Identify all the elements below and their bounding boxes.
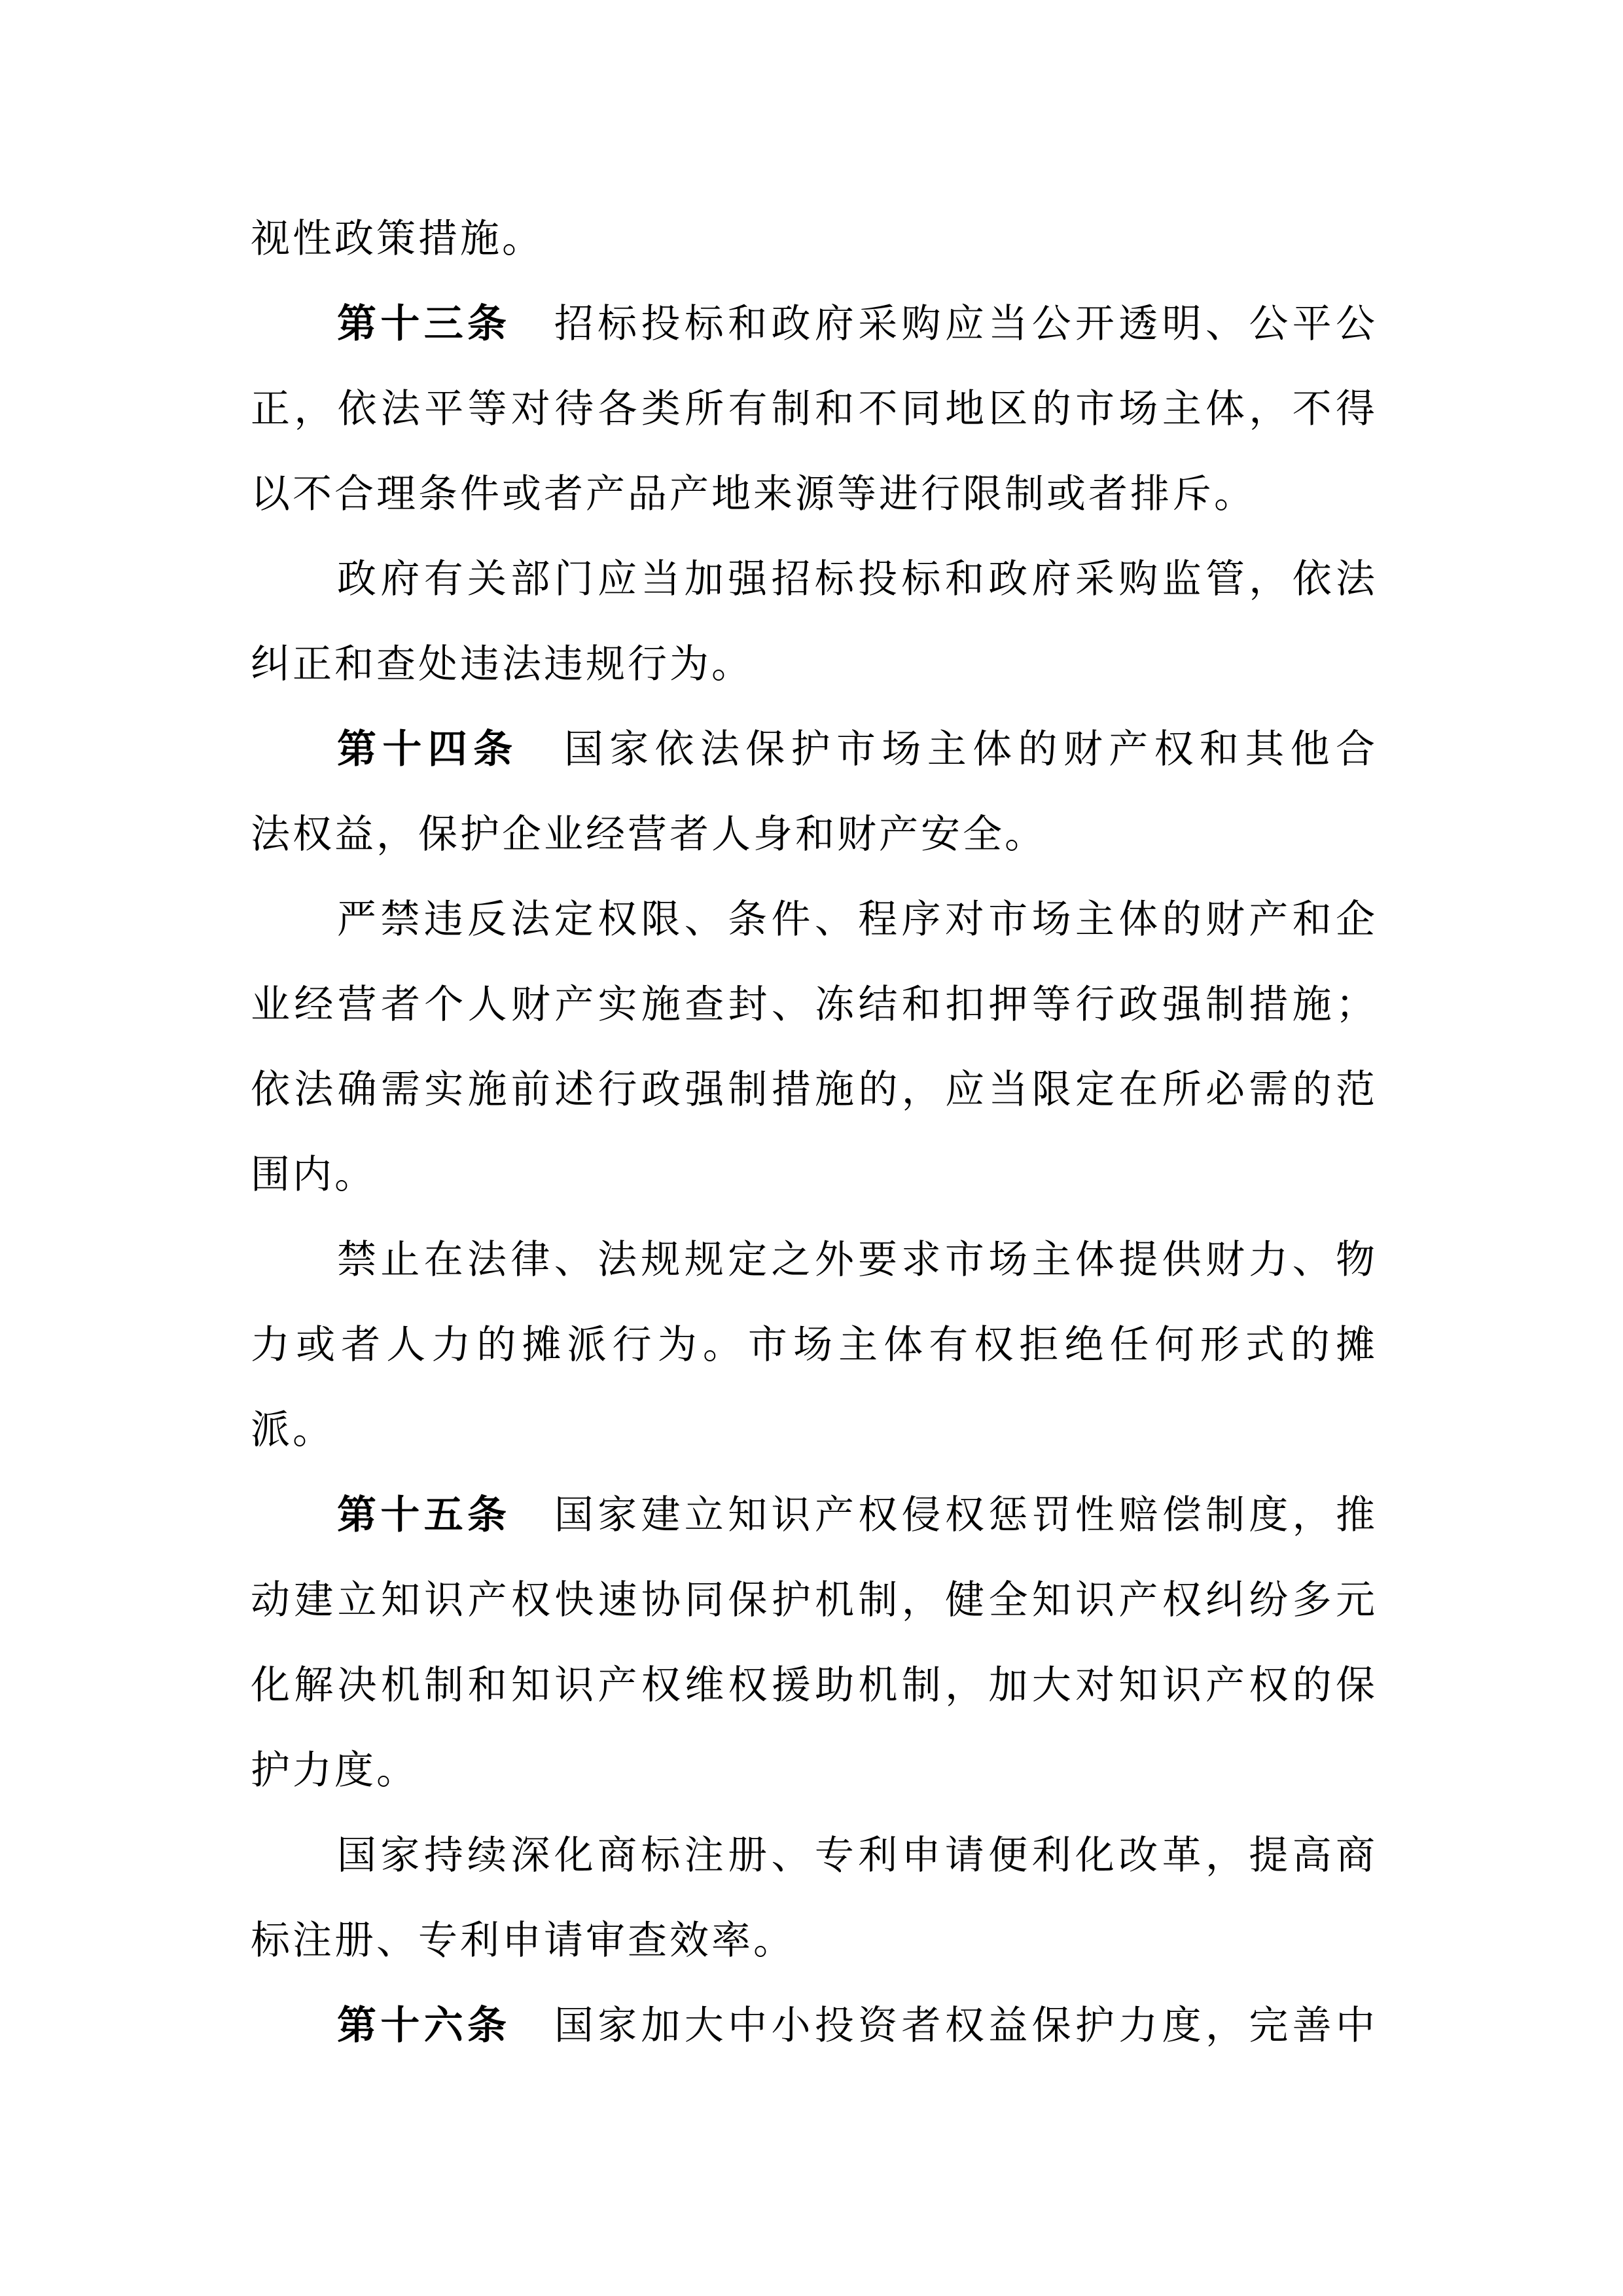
article-number: 第十五条	[337, 1494, 510, 1537]
body-text: 化解决机制和知识产权维权援助机制，加大对知识产权的保	[251, 1664, 1378, 1707]
body-text: 动建立知识产权快速协同保护机制，健全知识产权纠纷多元	[251, 1579, 1378, 1622]
body-text: 围内。	[251, 1153, 376, 1196]
body-text: 政府有关部门应当加强招标投标和政府采购监管，依法	[337, 558, 1378, 601]
text-line: 动建立知识产权快速协同保护机制，健全知识产权纠纷多元	[251, 1558, 1378, 1643]
text-line: 禁止在法律、法规规定之外要求市场主体提供财力、物	[251, 1217, 1378, 1302]
article-number: 第十四条	[337, 728, 518, 771]
text-line: 法权益，保护企业经营者人身和财产安全。	[251, 792, 1378, 877]
text-line: 第十四条 国家依法保护市场主体的财产权和其他合	[251, 707, 1378, 792]
body-text: 招标投标和政府采购应当公开透明、公平公	[510, 302, 1378, 346]
text-line: 第十五条 国家建立知识产权侵权惩罚性赔偿制度，推	[251, 1473, 1378, 1558]
body-text: 护力度。	[251, 1749, 418, 1792]
body-text: 视性政策措施。	[251, 217, 544, 260]
text-line: 护力度。	[251, 1728, 1378, 1813]
text-line: 以不合理条件或者产品产地来源等进行限制或者排斥。	[251, 452, 1378, 537]
body-text: 业经营者个人财产实施查封、冻结和扣押等行政强制措施；	[251, 983, 1378, 1026]
body-text: 力或者人力的摊派行为。市场主体有权拒绝任何形式的摊	[251, 1323, 1378, 1367]
article-number: 第十三条	[337, 302, 510, 346]
body-text: 国家建立知识产权侵权惩罚性赔偿制度，推	[510, 1494, 1378, 1537]
body-text: 严禁违反法定权限、条件、程序对市场主体的财产和企	[337, 898, 1378, 941]
body-text: 国家加大中小投资者权益保护力度，完善中	[510, 2004, 1378, 2047]
text-line: 纠正和查处违法违规行为。	[251, 622, 1378, 707]
text-line: 标注册、专利申请审查效率。	[251, 1898, 1378, 1983]
text-line: 视性政策措施。	[251, 196, 1378, 281]
text-line: 国家持续深化商标注册、专利申请便利化改革，提高商	[251, 1813, 1378, 1898]
body-text: 依法确需实施前述行政强制措施的，应当限定在所必需的范	[251, 1068, 1378, 1111]
text-line: 严禁违反法定权限、条件、程序对市场主体的财产和企	[251, 877, 1378, 962]
document-body: 视性政策措施。第十三条 招标投标和政府采购应当公开透明、公平公正，依法平等对待各…	[251, 196, 1378, 2068]
body-text: 国家依法保护市场主体的财产权和其他合	[518, 728, 1378, 771]
body-text: 派。	[251, 1408, 334, 1452]
body-text: 纠正和查处违法违规行为。	[251, 643, 753, 686]
body-text: 以不合理条件或者产品产地来源等进行限制或者排斥。	[251, 473, 1256, 516]
body-text: 正，依法平等对待各类所有制和不同地区的市场主体，不得	[251, 387, 1378, 431]
document-page: 视性政策措施。第十三条 招标投标和政府采购应当公开透明、公平公正，依法平等对待各…	[0, 0, 1623, 2296]
body-text: 标注册、专利申请审查效率。	[251, 1919, 795, 1962]
text-line: 正，依法平等对待各类所有制和不同地区的市场主体，不得	[251, 367, 1378, 452]
text-line: 第十六条 国家加大中小投资者权益保护力度，完善中	[251, 1983, 1378, 2068]
text-line: 化解决机制和知识产权维权援助机制，加大对知识产权的保	[251, 1643, 1378, 1728]
text-line: 第十三条 招标投标和政府采购应当公开透明、公平公	[251, 281, 1378, 367]
text-line: 派。	[251, 1388, 1378, 1473]
text-line: 业经营者个人财产实施查封、冻结和扣押等行政强制措施；	[251, 962, 1378, 1047]
body-text: 国家持续深化商标注册、专利申请便利化改革，提高商	[337, 1834, 1378, 1877]
text-line: 力或者人力的摊派行为。市场主体有权拒绝任何形式的摊	[251, 1302, 1378, 1388]
body-text: 禁止在法律、法规规定之外要求市场主体提供财力、物	[337, 1238, 1378, 1282]
body-text: 法权益，保护企业经营者人身和财产安全。	[251, 813, 1046, 856]
text-line: 围内。	[251, 1132, 1378, 1217]
text-line: 政府有关部门应当加强招标投标和政府采购监管，依法	[251, 537, 1378, 622]
text-line: 依法确需实施前述行政强制措施的，应当限定在所必需的范	[251, 1047, 1378, 1132]
article-number: 第十六条	[337, 2004, 510, 2047]
